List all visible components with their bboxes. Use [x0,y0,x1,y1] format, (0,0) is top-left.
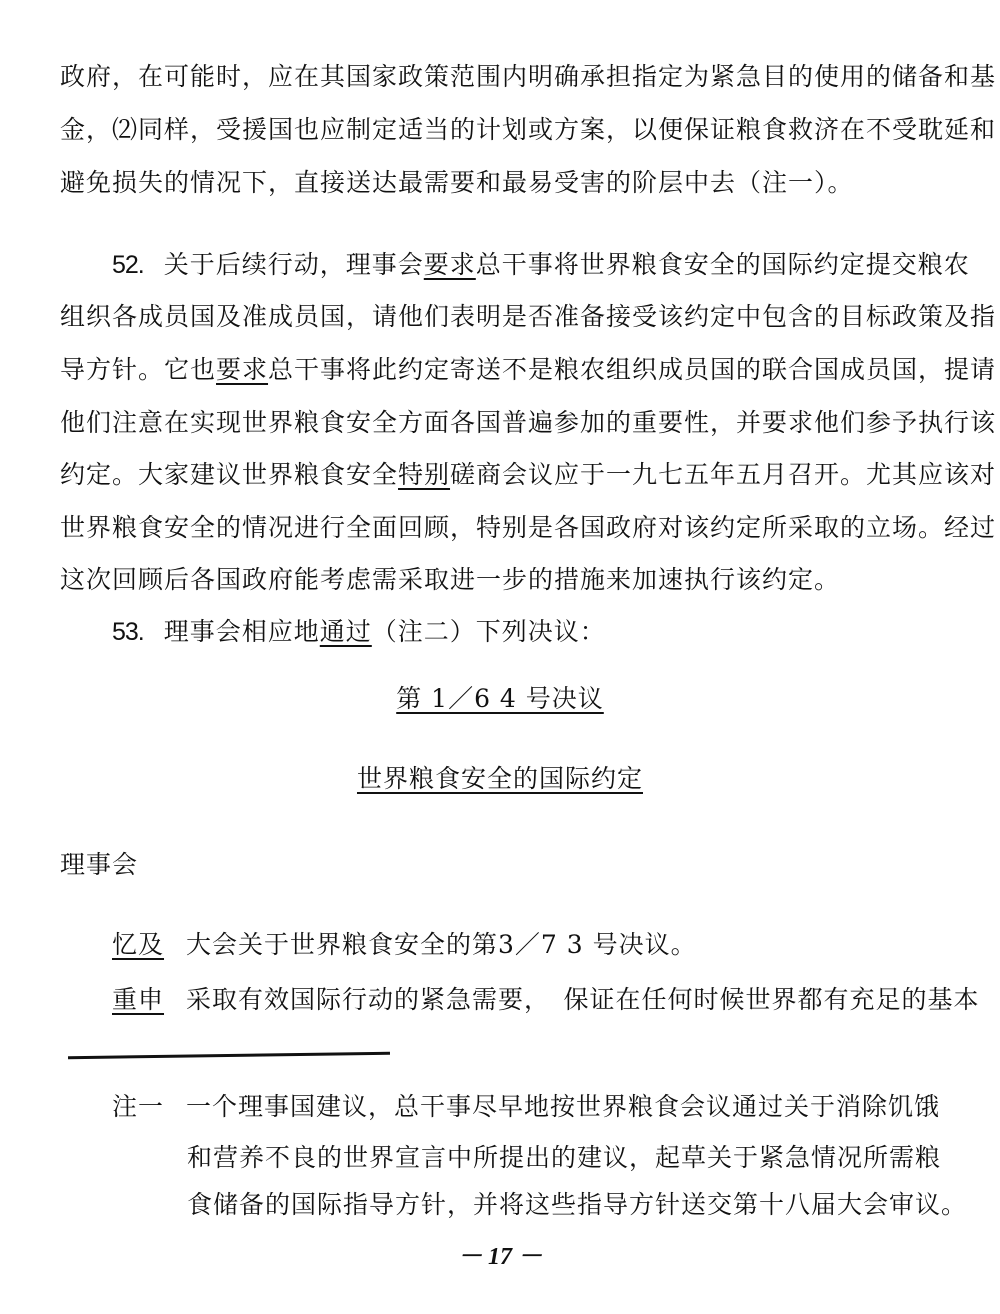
text-line: 这次回顾后各国政府能考虑需采取进一步的措施来加速执行该约定。 [60,565,950,595]
resolution-number: 第 1／6 4 号决议 [0,684,1000,714]
text-line: 导方针。它也要求总干事将此约定寄送不是粮农组织成员国的联合国成员国，提请 [60,355,950,385]
underlined-term: 特别 [398,460,450,489]
text-line: 金，⑵同样，受援国也应制定适当的计划或方案，以便保证粮食救济在不受耽延和 [60,115,950,145]
text-line: 和营养不良的世界宣言中所提出的建议，起草关于紧急情况所需粮 [187,1143,947,1173]
footnote-label: 注一 [112,1092,164,1121]
footnote-divider [68,1052,390,1059]
clause-label: 重申 [112,985,164,1014]
text-segment: 组织各成员国及准成员国，请他们表明是否准备接受该约定中包含的目标政策及指 [60,302,996,331]
text-segment: 这次回顾后各国政府能考虑需采取进一步的措施来加速执行该约定。 [60,565,840,594]
text-segment: 导方针。它也 [60,355,216,384]
text-segment: （注二）下列决议： [372,617,606,646]
paragraph-53: 53.理事会相应地通过（注二）下列决议： [112,617,952,647]
recalling-clause: 忆及大会关于世界粮食安全的第3／7 3 号决议。 [112,930,952,960]
text-segment: 他们注意在实现世界粮食安全方面各国普遍参加的重要性，并要求他们参予执行该 [60,408,996,437]
reaffirming-clause: 重申采取有效国际行动的紧急需要， 保证在任何时候世界都有充足的基本 [112,985,962,1015]
paragraph-number: 52. [112,251,144,279]
page-number: － 17 － [0,1236,1000,1271]
text-segment: 关于后续行动，理事会 [164,250,424,279]
clause-text: 采取有效国际行动的紧急需要， 保证在任何时候世界都有充足的基本 [186,985,980,1014]
text-line: 注一一个理事国建议，总干事尽早地按世界粮食会议通过关于消除饥饿 [112,1092,952,1122]
text-line: 约定。大家建议世界粮食安全特别磋商会议应于一九七五年五月召开。尤其应该对 [60,460,950,490]
underlined-term: 要求 [216,355,268,384]
text-segment: 世界粮食安全的情况进行全面回顾，特别是各国政府对该约定所采取的立场。经过 [60,513,996,542]
text-segment: 理事会相应地 [164,617,320,646]
clause-text: 大会关于世界粮食安全的第3／7 3 号决议。 [186,930,697,959]
resolution-number-text: 第 1／6 4 号决议 [396,684,604,713]
text-segment: 总干事将世界粮食安全的国际约定提交粮农 [476,250,970,279]
council-heading: 理事会 [60,850,950,880]
text-line: 政府，在可能时，应在其国家政策范围内明确承担指定为紧急目的使用的储备和基 [60,62,950,92]
text-line: 世界粮食安全的情况进行全面回顾，特别是各国政府对该约定所采取的立场。经过 [60,513,950,543]
text-line: 52.关于后续行动，理事会要求总干事将世界粮食安全的国际约定提交粮农 [112,250,952,280]
clause-label: 忆及 [112,930,164,959]
paragraph-number: 53. [112,618,144,646]
text-segment: 一个理事国建议，总干事尽早地按世界粮食会议通过关于消除饥饿 [186,1092,940,1121]
text-line: 组织各成员国及准成员国，请他们表明是否准备接受该约定中包含的目标政策及指 [60,302,950,332]
underlined-term: 通过 [320,617,372,646]
text-line: 避免损失的情况下，直接送达最需要和最易受害的阶层中去（注一）。 [60,168,950,198]
text-segment: 磋商会议应于一九七五年五月召开。尤其应该对 [450,460,996,489]
resolution-title: 世界粮食安全的国际约定 [0,764,1000,794]
text-segment: 总干事将此约定寄送不是粮农组织成员国的联合国成员国，提请 [268,355,996,384]
text-line: 食储备的国际指导方针，并将这些指导方针送交第十八届大会审议。 [187,1190,947,1220]
resolution-title-text: 世界粮食安全的国际约定 [357,764,643,793]
text-segment: 约定。大家建议世界粮食安全 [60,460,398,489]
underlined-term: 要求 [424,250,476,279]
text-line: 他们注意在实现世界粮食安全方面各国普遍参加的重要性，并要求他们参予执行该 [60,408,950,438]
